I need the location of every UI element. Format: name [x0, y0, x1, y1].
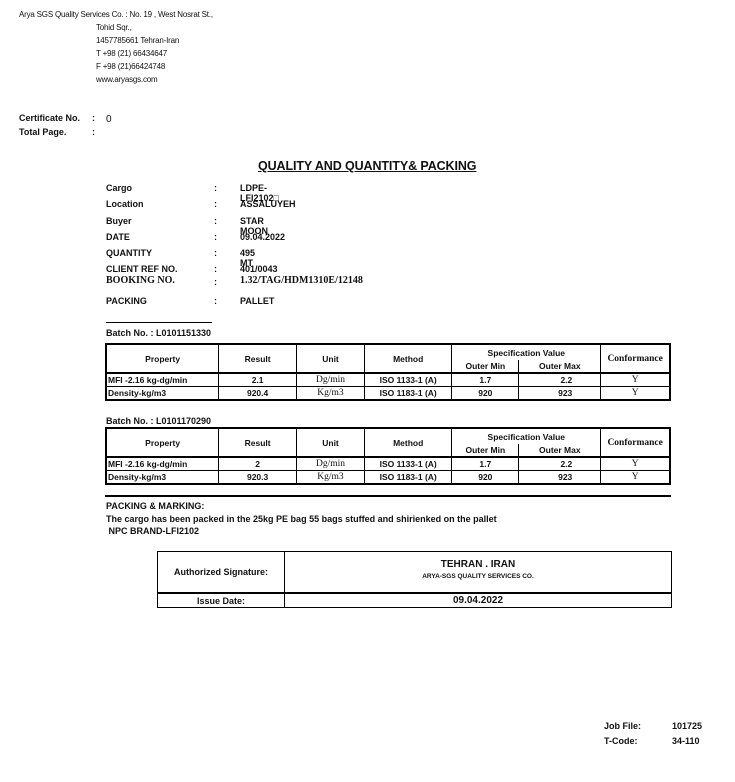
cell-method: ISO 1183-1 (A) [365, 387, 452, 401]
cell-method: ISO 1133-1 (A) [365, 457, 452, 471]
header-outer-min: Outer Min [452, 360, 519, 373]
info-colon: : [214, 277, 217, 287]
info-colon: : [214, 183, 217, 193]
info-label: QUANTITY [106, 248, 216, 258]
cell-outer-min: 1.7 [452, 373, 519, 387]
info-colon: : [214, 264, 217, 274]
table-row: MFI -2.16 kg-dg/min 2 Dg/min ISO 1133-1 … [106, 457, 670, 471]
cell-outer-min: 1.7 [452, 457, 519, 471]
cell-property: Density-kg/m3 [106, 387, 219, 401]
packing-marking-heading: PACKING & MARKING: [106, 501, 204, 511]
cell-outer-max: 2.2 [519, 373, 601, 387]
signature-city: TEHRAN . IRAN [285, 559, 671, 570]
info-colon: : [214, 199, 217, 209]
company-address-line1: Arya SGS Quality Services Co. : No. 19 ,… [19, 10, 213, 19]
header-property: Property [106, 428, 219, 457]
info-value: ASSALUYEH [240, 199, 296, 209]
cell-conformance: Y [601, 373, 670, 387]
header-result: Result [219, 428, 297, 457]
info-label: PACKING [106, 296, 216, 306]
certificate-no-colon: : [92, 113, 95, 123]
cell-property: Density-kg/m3 [106, 471, 219, 485]
cell-conformance: Y [601, 457, 670, 471]
header-spec-value: Specification Value [452, 344, 601, 360]
job-file-label: Job File: [604, 721, 641, 731]
info-label: Buyer [106, 216, 216, 226]
spec-table-batch-2: Property Result Unit Method Specificatio… [105, 427, 671, 485]
header-property: Property [106, 344, 219, 373]
header-conformance: Conformance [601, 344, 670, 373]
header-outer-min: Outer Min [452, 444, 519, 457]
job-file-value: 101725 [672, 721, 702, 731]
info-colon: : [214, 232, 217, 242]
cell-unit: Kg/m3 [296, 387, 364, 401]
packing-marking-line2: NPC BRAND-LFI2102 [106, 526, 199, 536]
info-value: 401/0043 [240, 264, 278, 274]
cell-unit: Dg/min [296, 373, 364, 387]
cell-result: 920.4 [219, 387, 297, 401]
info-colon: : [214, 216, 217, 226]
cell-result: 2.1 [219, 373, 297, 387]
header-method: Method [365, 428, 452, 457]
cell-outer-max: 923 [519, 387, 601, 401]
table-row: MFI -2.16 kg-dg/min 2.1 Dg/min ISO 1133-… [106, 373, 670, 387]
info-label: CLIENT REF NO. [106, 264, 216, 274]
info-value: 09.04.2022 [240, 232, 285, 242]
cell-result: 920.3 [219, 471, 297, 485]
signature-table: Authorized Signature: TEHRAN . IRAN ARYA… [157, 551, 672, 608]
company-fax: F +98 (21)66424748 [96, 62, 165, 71]
header-result: Result [219, 344, 297, 373]
t-code-label: T-Code: [604, 736, 638, 746]
page-title: QUALITY AND QUANTITY& PACKING [258, 159, 476, 173]
cell-outer-min: 920 [452, 387, 519, 401]
info-value: 1.32/TAG/HDM1310E/12148 [240, 275, 363, 286]
company-address-line2: Tohid Sqr., [96, 23, 132, 32]
header-outer-max: Outer Max [519, 444, 601, 457]
info-colon: : [214, 296, 217, 306]
cell-conformance: Y [601, 471, 670, 485]
total-page-label: Total Page. [19, 127, 66, 137]
cell-unit: Kg/m3 [296, 471, 364, 485]
issue-date-value: 09.04.2022 [285, 593, 672, 608]
header-conformance: Conformance [601, 428, 670, 457]
header-method: Method [365, 344, 452, 373]
cell-result: 2 [219, 457, 297, 471]
authorized-signature-label: Authorized Signature: [158, 552, 285, 594]
company-website: www.aryasgs.com [96, 75, 157, 84]
cell-outer-min: 920 [452, 471, 519, 485]
info-colon: : [214, 248, 217, 258]
header-unit: Unit [296, 344, 364, 373]
total-page-colon: : [92, 127, 95, 137]
spec-table-batch-1: Property Result Unit Method Specificatio… [105, 343, 671, 401]
divider [106, 322, 212, 323]
table-row: Density-kg/m3 920.4 Kg/m3 ISO 1183-1 (A)… [106, 387, 670, 401]
info-label: BOOKING NO. [106, 275, 216, 286]
company-address-line3: 1457785661 Tehran-Iran [96, 36, 179, 45]
cell-outer-max: 923 [519, 471, 601, 485]
cell-method: ISO 1133-1 (A) [365, 373, 452, 387]
info-value: PALLET [240, 296, 274, 306]
certificate-no-label: Certificate No. [19, 113, 80, 123]
cell-property: MFI -2.16 kg-dg/min [106, 373, 219, 387]
table-row: Density-kg/m3 920.3 Kg/m3 ISO 1183-1 (A)… [106, 471, 670, 485]
section-divider [105, 495, 671, 497]
cell-unit: Dg/min [296, 457, 364, 471]
t-code-value: 34-110 [672, 736, 700, 746]
cell-method: ISO 1183-1 (A) [365, 471, 452, 485]
header-unit: Unit [296, 428, 364, 457]
issue-date-label: Issue Date: [158, 593, 285, 608]
info-label: DATE [106, 232, 216, 242]
header-outer-max: Outer Max [519, 360, 601, 373]
cell-conformance: Y [601, 387, 670, 401]
certificate-no-value: 0 [106, 114, 112, 125]
cell-outer-max: 2.2 [519, 457, 601, 471]
batch-label: Batch No. : L0101170290 [106, 416, 211, 426]
cell-property: MFI -2.16 kg-dg/min [106, 457, 219, 471]
company-phone: T +98 (21) 66434647 [96, 49, 167, 58]
header-spec-value: Specification Value [452, 428, 601, 444]
packing-marking-line1: The cargo has been packed in the 25kg PE… [106, 514, 497, 524]
info-label: Cargo [106, 183, 216, 193]
info-label: Location [106, 199, 216, 209]
batch-label: Batch No. : L0101151330 [106, 328, 211, 338]
signature-company: ARYA-SGS QUALITY SERVICES CO. [285, 573, 671, 580]
signature-cell: TEHRAN . IRAN ARYA-SGS QUALITY SERVICES … [285, 552, 672, 594]
